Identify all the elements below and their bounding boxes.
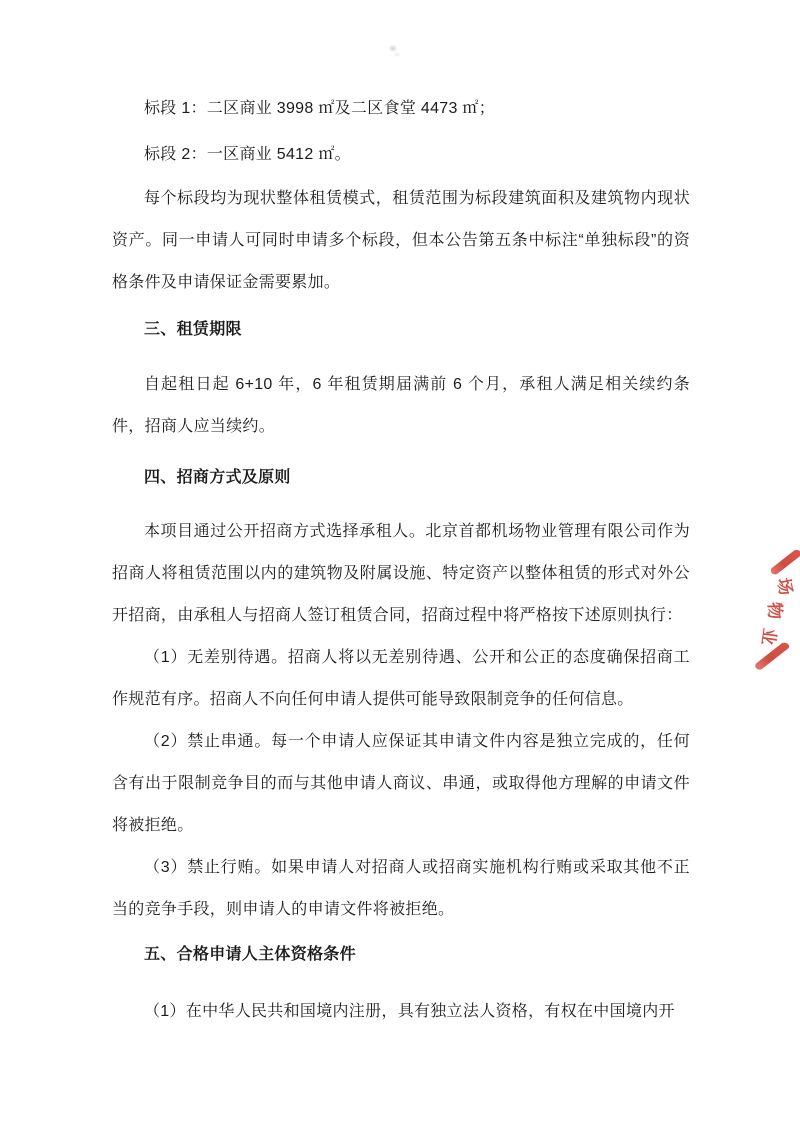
bid-section-1-line: 标段 1：二区商业 3998 ㎡及二区食堂 4473 ㎡；	[112, 88, 690, 130]
principle-3-paragraph: （3）禁止行贿。如果申请人对招商人或招商实施机构行贿或采取其他不正当的竞争手段，…	[112, 847, 690, 931]
principle-2-paragraph: （2）禁止串通。每一个申请人应保证其申请文件内容是独立完成的，任何含有出于限制竞…	[112, 721, 690, 847]
heading-bidding-method: 四、招商方式及原则	[112, 457, 690, 499]
seal-character: 业	[759, 627, 778, 646]
applicant-criteria-paragraph: （1）在中华人民共和国境内注册，具有独立法人资格，有权在中国境内开	[112, 991, 690, 1033]
heading-applicant-criteria: 五、合格申请人主体资格条件	[112, 934, 690, 976]
bid-section-2-line: 标段 2：一区商业 5412 ㎡。	[112, 134, 690, 176]
red-seal-fragment: 场 物 业	[752, 548, 800, 678]
scan-artifact-dot-small	[395, 53, 399, 56]
seal-character: 场	[774, 576, 794, 596]
document-page: 标段 1：二区商业 3998 ㎡及二区食堂 4473 ㎡； 标段 2：一区商业 …	[0, 0, 800, 1131]
document-body: 标段 1：二区商业 3998 ㎡及二区食堂 4473 ㎡； 标段 2：一区商业 …	[112, 88, 690, 1033]
principle-1-paragraph: （1）无差别待遇。招商人将以无差别待遇、公开和公正的态度确保招商工作规范有序。招…	[112, 637, 690, 721]
lease-term-paragraph: 自起租日起 6+10 年，6 年租赁期届满前 6 个月，承租人满足相关续约条件，…	[112, 364, 690, 448]
heading-lease-term: 三、租赁期限	[112, 309, 690, 351]
scan-artifact-dot	[390, 46, 396, 51]
seal-character: 物	[766, 602, 784, 620]
lease-scope-paragraph: 每个标段均为现状整体租赁模式，租赁范围为标段建筑面积及建筑物内现状资产。同一申请…	[112, 178, 690, 304]
seal-arc-stroke-top	[769, 548, 800, 576]
bidding-method-paragraph: 本项目通过公开招商方式选择承租人。北京首都机场物业管理有限公司作为招商人将租赁范…	[112, 511, 690, 637]
